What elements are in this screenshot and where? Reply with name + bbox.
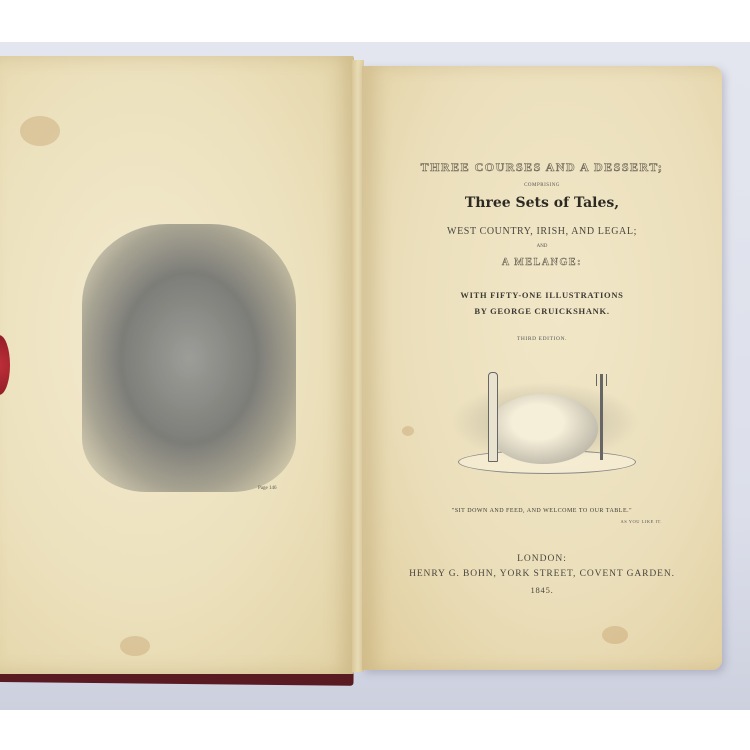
imprint-city: LONDON: bbox=[362, 554, 722, 564]
imprint-year: 1845. bbox=[362, 585, 722, 595]
epigraph-quote: "SIT DOWN AND FEED, AND WELCOME TO OUR T… bbox=[362, 508, 722, 514]
comprising-label: COMPRISING bbox=[362, 183, 722, 188]
edition-label: THIRD EDITION. bbox=[362, 336, 722, 342]
title-page bbox=[362, 66, 722, 670]
foxing-stain bbox=[402, 426, 414, 436]
book-subtitle: Three Sets of Tales, bbox=[362, 195, 722, 211]
foxing-stain bbox=[602, 626, 628, 644]
imprint-publisher: HENRY G. BOHN, YORK STREET, COVENT GARDE… bbox=[362, 569, 722, 579]
foxing-stain bbox=[20, 116, 60, 146]
illustrator-line: BY GEORGE CRUICKSHANK. bbox=[362, 306, 722, 316]
illustrations-line: WITH FIFTY-ONE ILLUSTRATIONS bbox=[362, 290, 722, 300]
pudding-figure bbox=[488, 394, 598, 464]
pudding-vignette bbox=[450, 372, 640, 480]
epigraph-source: AS YOU LIKE IT. bbox=[362, 519, 662, 524]
regions-line: WEST COUNTRY, IRISH, AND LEGAL; bbox=[362, 226, 722, 237]
plate-caption: Page 146 bbox=[258, 486, 276, 491]
book-title: THREE COURSES AND A DESSERT; bbox=[362, 160, 722, 175]
knife-icon bbox=[488, 372, 498, 462]
foxing-stain bbox=[120, 636, 150, 656]
frontispiece-illustration bbox=[82, 224, 296, 492]
melange-line: A MELANGE: bbox=[362, 257, 722, 268]
fork-icon bbox=[600, 374, 603, 460]
and-label: AND bbox=[362, 244, 722, 249]
